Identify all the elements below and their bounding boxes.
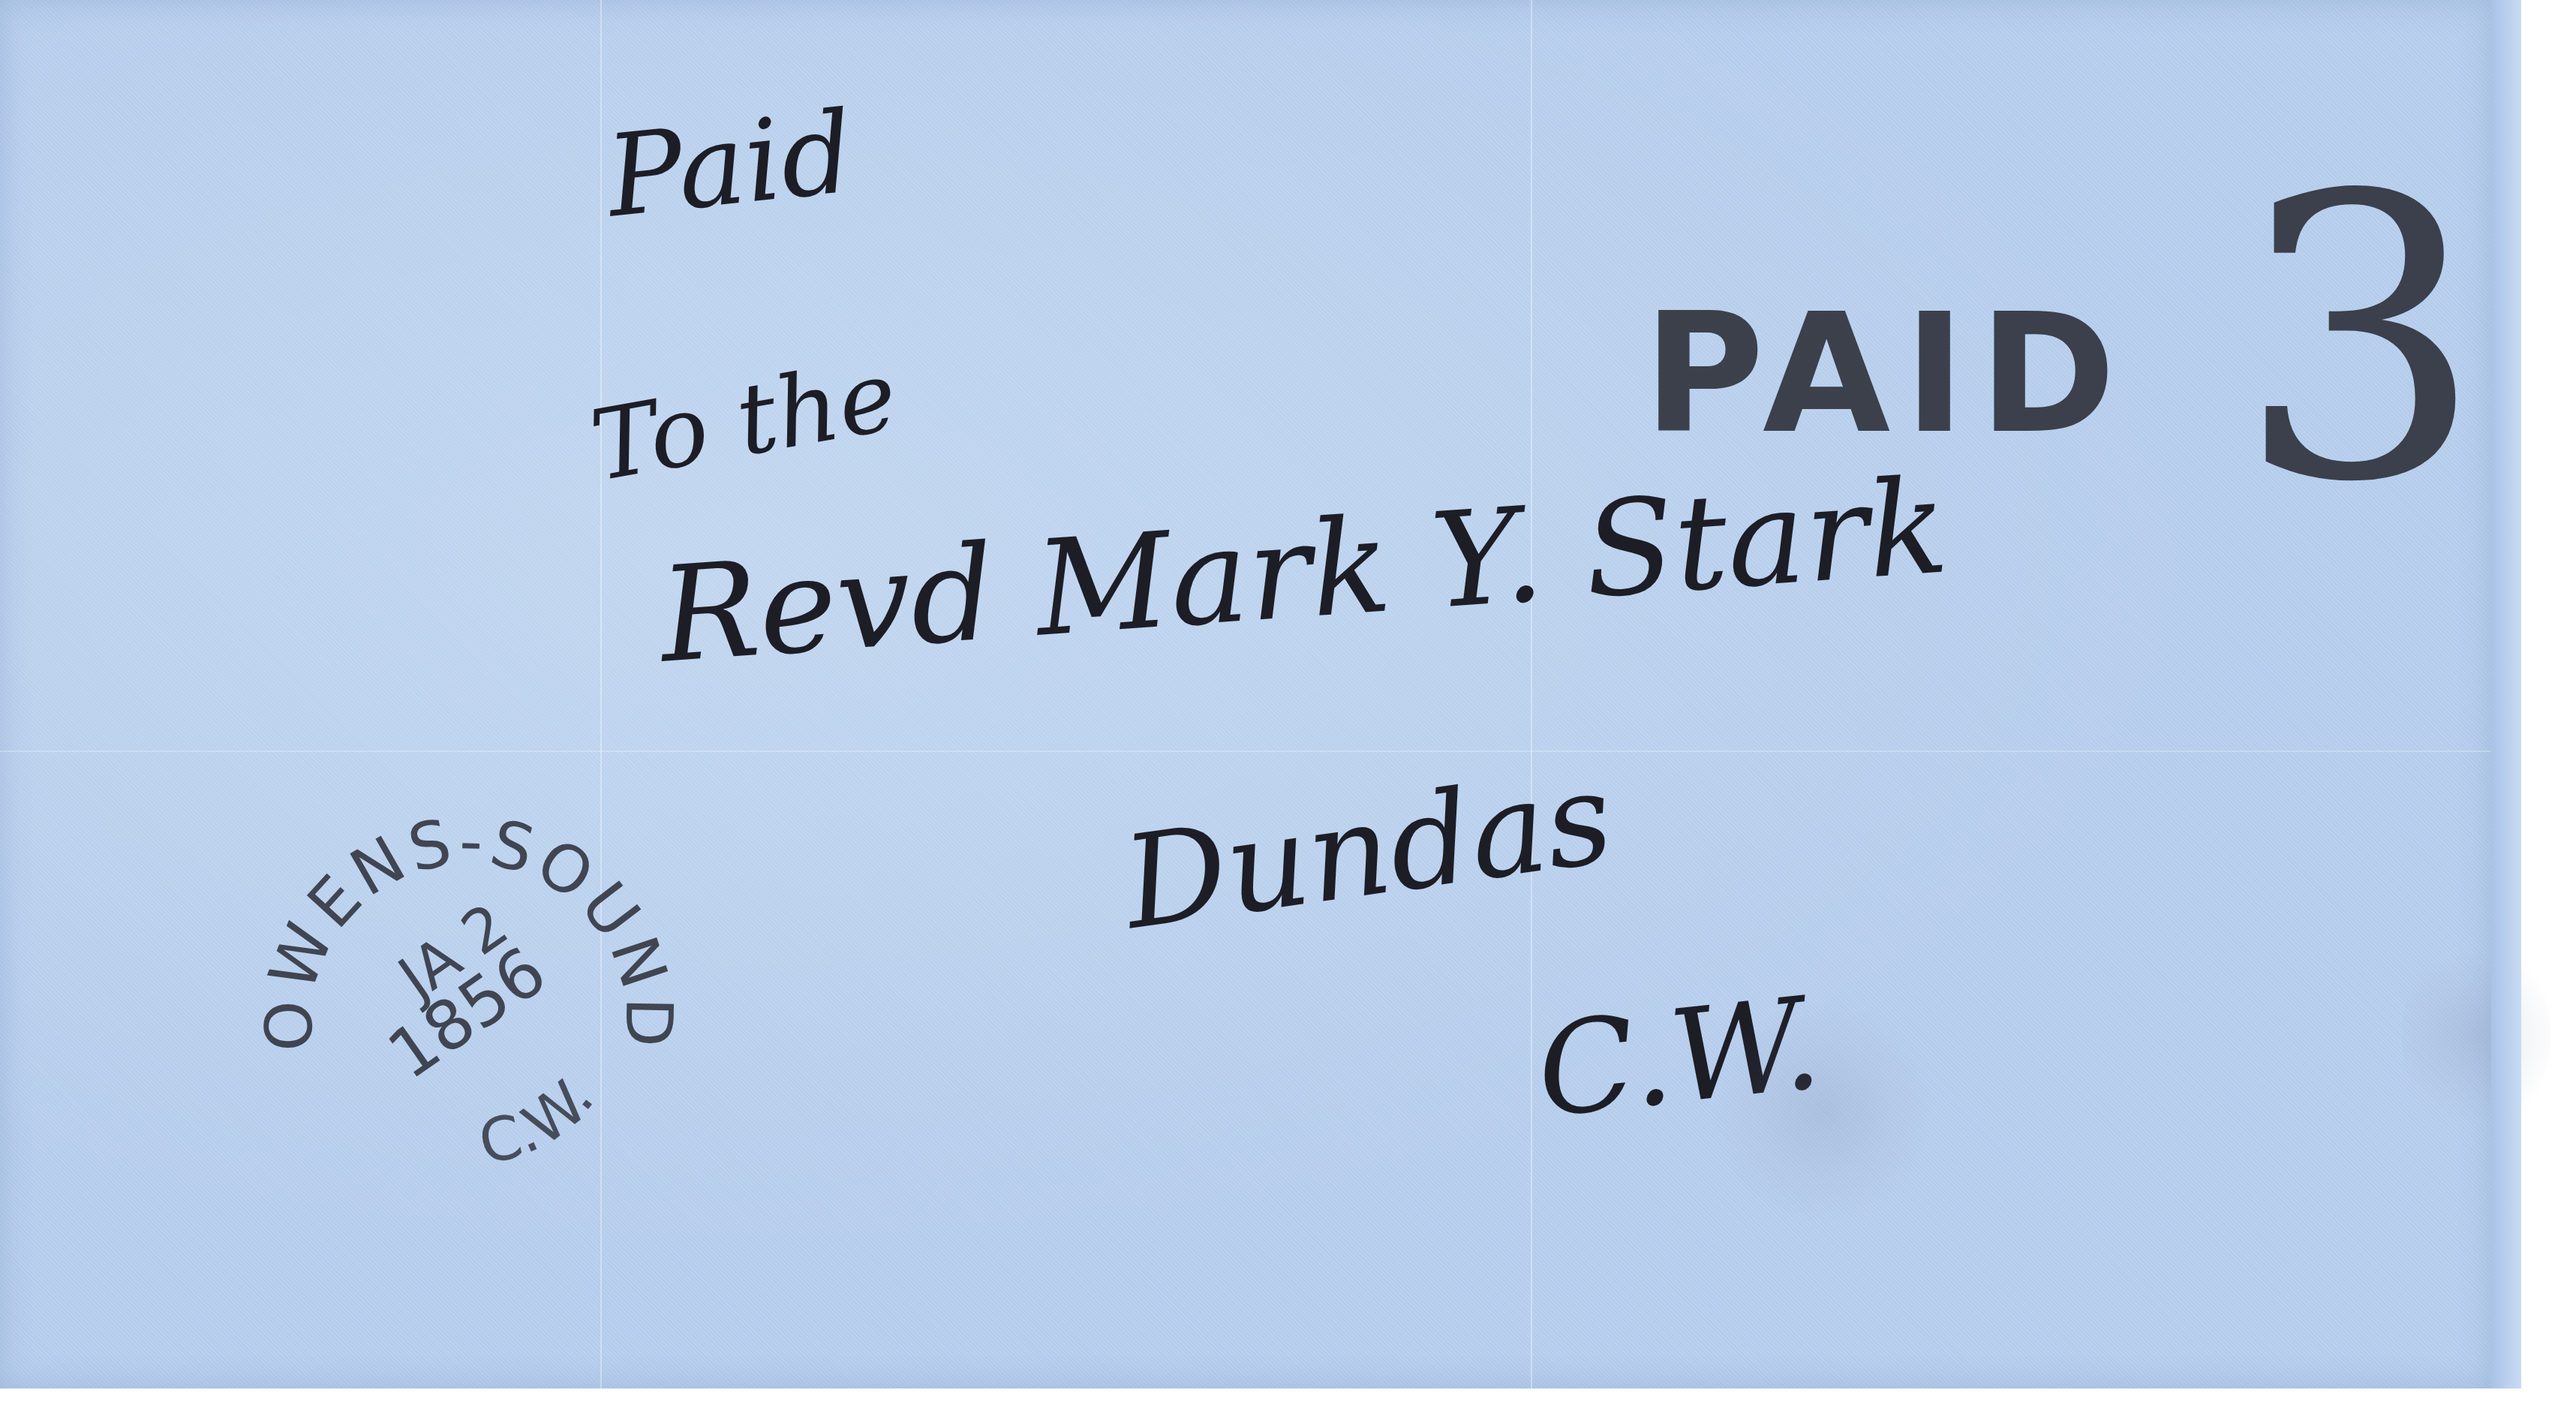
manuscript-paid: Paid — [601, 87, 859, 242]
paid-rate-numeral: 3 — [2236, 113, 2484, 567]
fold-line — [1531, 0, 1532, 1388]
letter-sheet: Paid To the Revd Mark Y. Stark Dundas C.… — [0, 0, 2491, 1388]
svg-text:C.W.: C.W. — [473, 1065, 607, 1178]
faint-backstamp-offset — [2401, 938, 2551, 1133]
faint-backstamp-offset — [1711, 998, 1936, 1223]
folded-edge — [2491, 0, 2521, 1388]
owens-sound-postmark: OWENS-SOUND JA 2 1856 C.W. — [240, 743, 705, 1208]
paid-handstamp: PAID — [1643, 278, 2130, 470]
paid-text: PAID — [1643, 278, 2130, 470]
addressee-town: Dundas — [1115, 743, 1621, 958]
manuscript-salutation: To the — [583, 338, 905, 504]
addressee-name: Revd Mark Y. Stark — [655, 450, 1952, 692]
